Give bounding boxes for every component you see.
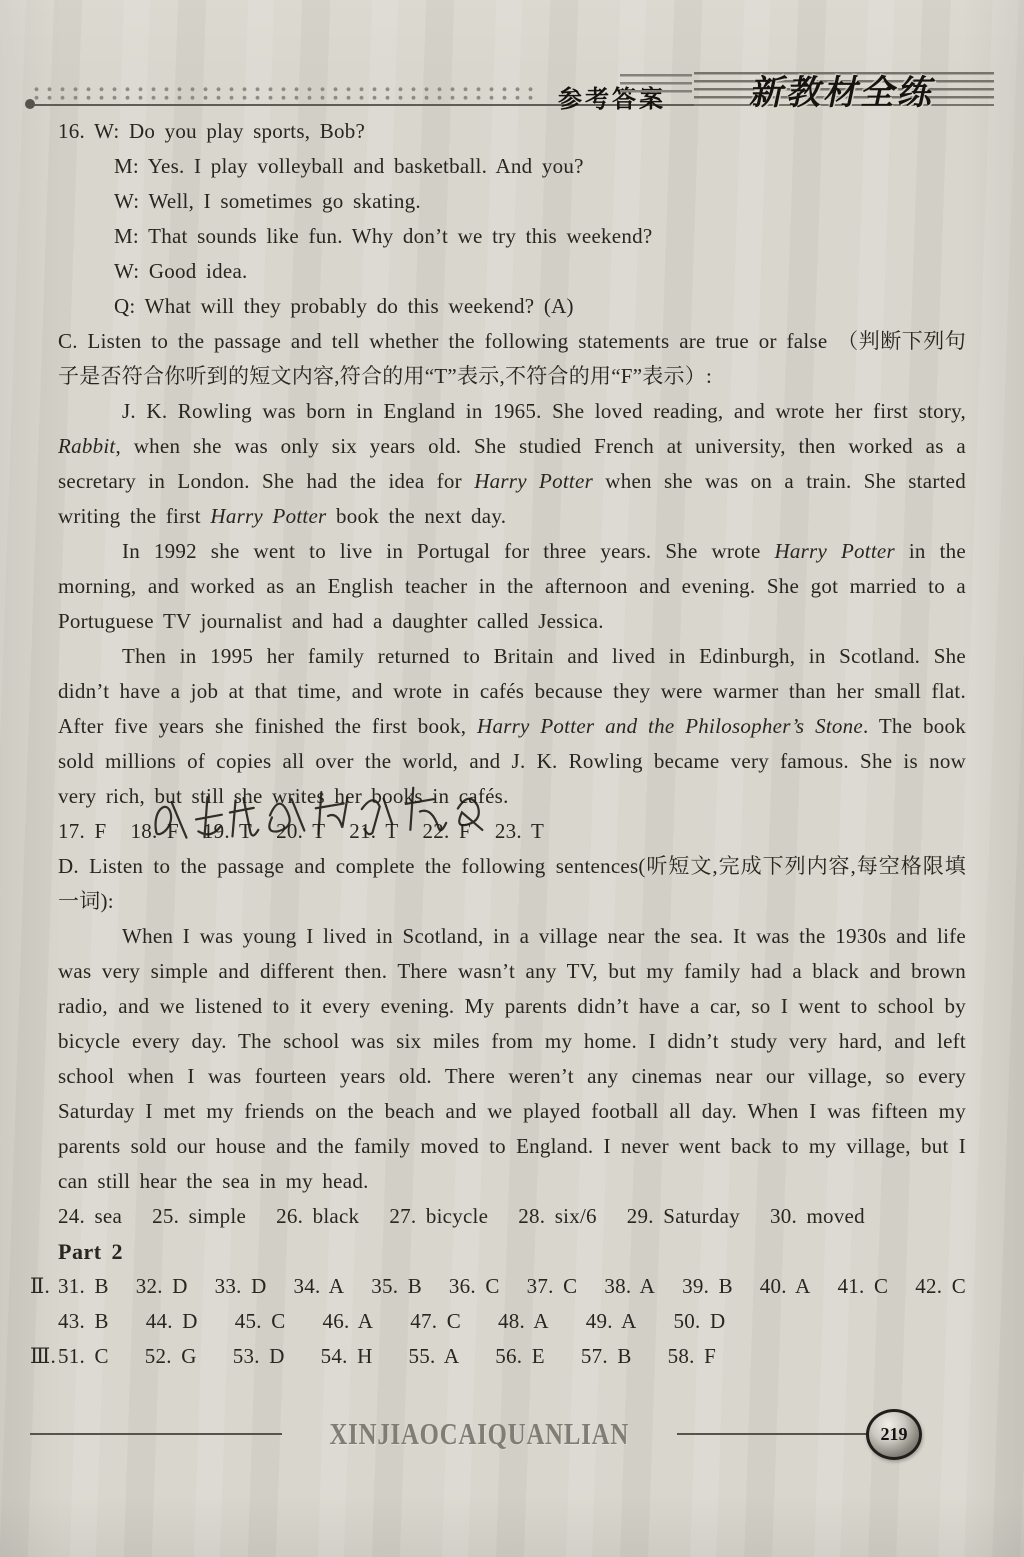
roman-numeral-3: Ⅲ. bbox=[30, 1339, 58, 1374]
dialogue-line: W: Well, I sometimes go skating. bbox=[58, 184, 966, 219]
passage-scotland: When I was young I lived in Scotland, in… bbox=[58, 919, 966, 1199]
answer-item: 24. sea bbox=[58, 1199, 122, 1234]
answer-item: 54. H bbox=[321, 1339, 373, 1374]
answer-key-page: 参考答案 新教材全练 16. W: Do you play sports, Bo… bbox=[0, 0, 1024, 1557]
answer-item: 45. C bbox=[235, 1304, 286, 1339]
dialogue-line: W: Good idea. bbox=[58, 254, 966, 289]
logo-stripes-left bbox=[620, 74, 692, 96]
answer-item: 25. simple bbox=[152, 1199, 246, 1234]
section-c-heading: C. Listen to the passage and tell whethe… bbox=[58, 324, 966, 394]
answer-item: 49. A bbox=[586, 1304, 637, 1339]
answers-24-30: 24. sea25. simple26. black27. bicycle28.… bbox=[58, 1199, 966, 1234]
answer-item: 41. C bbox=[838, 1269, 889, 1304]
answer-item: 36. C bbox=[449, 1269, 500, 1304]
answer-item: 37. C bbox=[527, 1269, 578, 1304]
answer-item: 51. C bbox=[58, 1339, 109, 1374]
roman-numeral-2: Ⅱ. bbox=[30, 1269, 58, 1304]
answer-item: 34. A bbox=[293, 1269, 344, 1304]
answer-item: 40. A bbox=[760, 1269, 811, 1304]
answers-51-58: 51. C52. G53. D54. H55. A56. E57. B58. F bbox=[58, 1339, 716, 1374]
answers-31-42: 31. B32. D33. D34. A35. B36. C37. C38. A… bbox=[58, 1269, 966, 1304]
answer-item: 53. D bbox=[233, 1339, 285, 1374]
answer-item: 28. six/6 bbox=[518, 1199, 597, 1234]
answer-item: 52. G bbox=[145, 1339, 197, 1374]
answer-item: 43. B bbox=[58, 1304, 109, 1339]
scribble-icon bbox=[147, 779, 505, 854]
dialogue-line: 16. W: Do you play sports, Bob? bbox=[58, 114, 966, 149]
answer-item: 35. B bbox=[371, 1269, 422, 1304]
answer-item: 55. A bbox=[409, 1339, 460, 1374]
dialogue-16: 16. W: Do you play sports, Bob?M: Yes. I… bbox=[58, 114, 966, 324]
answer-item: 27. bicycle bbox=[389, 1199, 488, 1234]
answer-item: 29. Saturday bbox=[627, 1199, 740, 1234]
part2-title: Part 2 bbox=[58, 1234, 966, 1269]
answers-43-50: 43. B44. D45. C46. A47. C48. A49. A50. D bbox=[58, 1304, 966, 1339]
footer-rule-left bbox=[30, 1433, 282, 1435]
answer-item: 44. D bbox=[146, 1304, 198, 1339]
answer-item: 39. B bbox=[682, 1269, 733, 1304]
handwritten-scribble-annotation bbox=[147, 779, 505, 854]
answer-item: 50. D bbox=[674, 1304, 726, 1339]
page-footer: XINJIAOCAIQUANLIAN 219 bbox=[30, 1408, 994, 1460]
dialogue-line: M: That sounds like fun. Why don’t we tr… bbox=[58, 219, 966, 254]
answer-item: 47. C bbox=[410, 1304, 461, 1339]
dialogue-line: Q: What will they probably do this weeke… bbox=[58, 289, 966, 324]
dialogue-line: M: Yes. I play volleyball and basketball… bbox=[58, 149, 966, 184]
passage-rowling: J. K. Rowling was born in England in 196… bbox=[58, 394, 966, 814]
page-content: 16. W: Do you play sports, Bob?M: Yes. I… bbox=[58, 114, 966, 1374]
passage-paragraph: In 1992 she went to live in Portugal for… bbox=[58, 534, 966, 639]
answer-item: 26. black bbox=[276, 1199, 359, 1234]
footer-rule-right bbox=[677, 1433, 866, 1435]
answer-item: 32. D bbox=[136, 1269, 188, 1304]
answers-row-3: Ⅲ. 51. C52. G53. D54. H55. A56. E57. B58… bbox=[30, 1339, 966, 1374]
brand-logo: 新教材全练 bbox=[694, 68, 994, 110]
page-number: 219 bbox=[881, 1424, 908, 1445]
footer-brand: XINJIAOCAIQUANLIAN bbox=[329, 1416, 629, 1452]
answer-item: 48. A bbox=[498, 1304, 549, 1339]
answer-item: 31. B bbox=[58, 1269, 109, 1304]
answer-item: 42. C bbox=[915, 1269, 966, 1304]
answer-item: 56. E bbox=[495, 1339, 545, 1374]
passage-paragraph: J. K. Rowling was born in England in 196… bbox=[58, 394, 966, 534]
page-number-badge: 219 bbox=[866, 1409, 922, 1460]
answers-row-2a: Ⅱ. 31. B32. D33. D34. A35. B36. C37. C38… bbox=[30, 1269, 966, 1304]
header-rule-end-dot bbox=[25, 99, 35, 109]
answer-item: 33. D bbox=[215, 1269, 267, 1304]
answer-item: 57. B bbox=[581, 1339, 632, 1374]
brand-logo-text: 新教材全练 bbox=[746, 65, 941, 114]
answer-item: 30. moved bbox=[770, 1199, 865, 1234]
answer-item: 38. A bbox=[604, 1269, 655, 1304]
answer-item: 46. A bbox=[322, 1304, 373, 1339]
answer-item: 58. F bbox=[668, 1339, 716, 1374]
answer-item: 17. F bbox=[58, 814, 106, 849]
section-d-heading: D. Listen to the passage and complete th… bbox=[58, 849, 966, 919]
header-dotted-pattern bbox=[30, 85, 535, 102]
